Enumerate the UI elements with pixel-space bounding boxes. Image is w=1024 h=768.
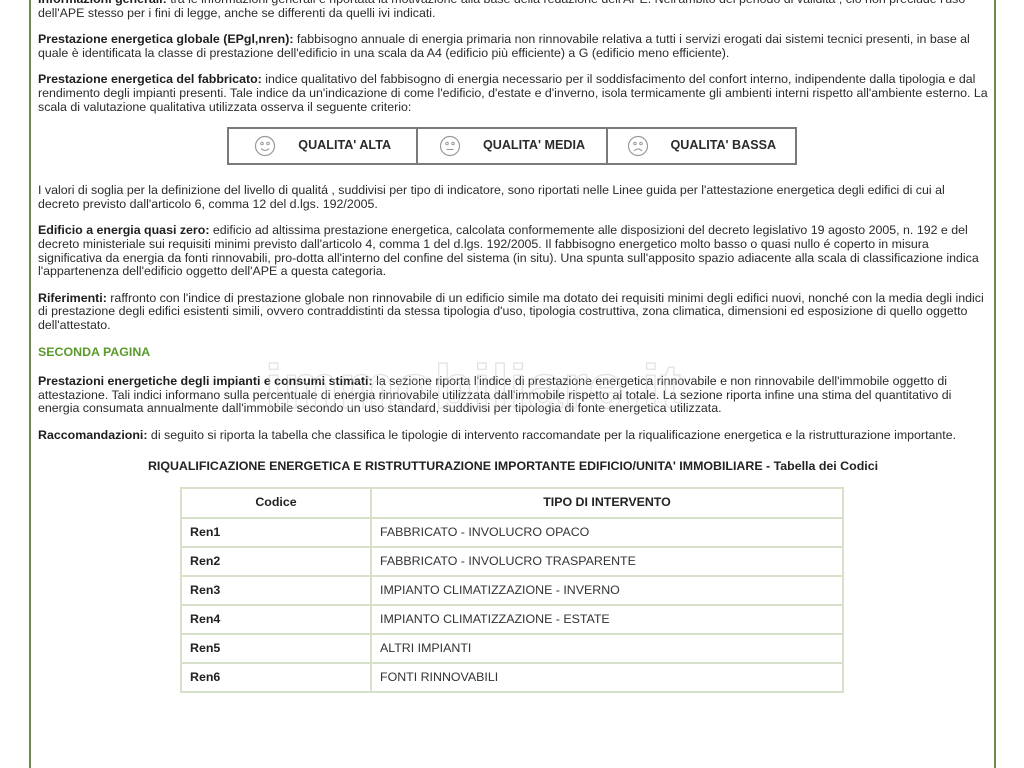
header-codice: Codice xyxy=(181,488,371,518)
code-cell: Ren5 xyxy=(181,634,371,663)
legend-label: QUALITA' MEDIA xyxy=(483,139,585,153)
intervention-cell: FONTI RINNOVABILI xyxy=(371,663,843,692)
paragraph: Raccomandazioni: di seguito si riporta l… xyxy=(38,429,988,443)
paragraph: Informazioni generali: tra le informazio… xyxy=(38,0,988,20)
page-frame-left xyxy=(29,0,31,768)
table-row: Ren6FONTI RINNOVABILI xyxy=(181,663,843,692)
legend-item: QUALITA' ALTA xyxy=(229,129,418,163)
paragraph-term: Raccomandazioni: xyxy=(38,428,147,442)
paragraph-text: di seguito si riporta la tabella che cla… xyxy=(147,428,956,442)
table-row: Ren1FABBRICATO - INVOLUCRO OPACO xyxy=(181,518,843,547)
table-row: Ren3IMPIANTO CLIMATIZZAZIONE - INVERNO xyxy=(181,576,843,605)
paragraph-term: Prestazione energetica del fabbricato: xyxy=(38,72,262,86)
paragraphs-middle: I valori di soglia per la definizione de… xyxy=(38,184,988,332)
table-row: Ren5ALTRI IMPIANTI xyxy=(181,634,843,663)
legend-item: QUALITA' MEDIA xyxy=(418,129,607,163)
smiley-sad-icon xyxy=(627,135,649,157)
paragraph: Riferimenti: raffronto con l'indice di p… xyxy=(38,292,988,333)
page-frame-right xyxy=(994,0,996,768)
paragraphs-top: Informazioni generali: tra le informazio… xyxy=(38,0,988,114)
table-row: Ren4IMPIANTO CLIMATIZZAZIONE - ESTATE xyxy=(181,605,843,634)
paragraph-text: raffronto con l'indice di prestazione gl… xyxy=(38,291,984,332)
intervention-cell: IMPIANTO CLIMATIZZAZIONE - ESTATE xyxy=(371,605,843,634)
codes-table: Codice TIPO DI INTERVENTO Ren1FABBRICATO… xyxy=(180,487,844,693)
paragraph-text: tra le informazioni generali è riportata… xyxy=(38,0,965,20)
intervention-cell: IMPIANTO CLIMATIZZAZIONE - INVERNO xyxy=(371,576,843,605)
intervention-cell: ALTRI IMPIANTI xyxy=(371,634,843,663)
paragraph: Edificio a energia quasi zero: edificio … xyxy=(38,224,988,278)
paragraph: Prestazioni energetiche degli impianti e… xyxy=(38,375,988,416)
code-cell: Ren3 xyxy=(181,576,371,605)
paragraphs-bottom: Prestazioni energetiche degli impianti e… xyxy=(38,375,988,442)
table-row: Ren2FABBRICATO - INVOLUCRO TRASPARENTE xyxy=(181,547,843,576)
code-cell: Ren4 xyxy=(181,605,371,634)
paragraph-text: I valori di soglia per la definizione de… xyxy=(38,183,945,211)
table-header-row: Codice TIPO DI INTERVENTO xyxy=(181,488,843,518)
paragraph: Prestazione energetica del fabbricato: i… xyxy=(38,73,988,114)
quality-legend: QUALITA' ALTA QUALITA' MEDIA QUALITA' BA… xyxy=(227,127,797,165)
legend-label: QUALITA' BASSA xyxy=(671,139,777,153)
legend-item: QUALITA' BASSA xyxy=(608,129,795,163)
document-page: Informazioni generali: tra le informazio… xyxy=(38,0,988,693)
smiley-happy-icon xyxy=(254,135,276,157)
smiley-neutral-icon xyxy=(439,135,461,157)
code-cell: Ren6 xyxy=(181,663,371,692)
section-heading: SECONDA PAGINA xyxy=(38,346,988,360)
paragraph: Prestazione energetica globale (EPgl,nre… xyxy=(38,33,988,60)
header-tipo-intervento: TIPO DI INTERVENTO xyxy=(371,488,843,518)
paragraph-term: Riferimenti: xyxy=(38,291,107,305)
paragraph-term: Prestazione energetica globale (EPgl,nre… xyxy=(38,32,293,46)
paragraph-term: Edificio a energia quasi zero: xyxy=(38,223,209,237)
code-cell: Ren1 xyxy=(181,518,371,547)
table-title: RIQUALIFICAZIONE ENERGETICA E RISTRUTTUR… xyxy=(38,460,988,474)
intervention-cell: FABBRICATO - INVOLUCRO OPACO xyxy=(371,518,843,547)
paragraph-term: Prestazioni energetiche degli impianti e… xyxy=(38,374,373,388)
legend-label: QUALITA' ALTA xyxy=(298,139,391,153)
code-cell: Ren2 xyxy=(181,547,371,576)
intervention-cell: FABBRICATO - INVOLUCRO TRASPARENTE xyxy=(371,547,843,576)
paragraph: I valori di soglia per la definizione de… xyxy=(38,184,988,211)
